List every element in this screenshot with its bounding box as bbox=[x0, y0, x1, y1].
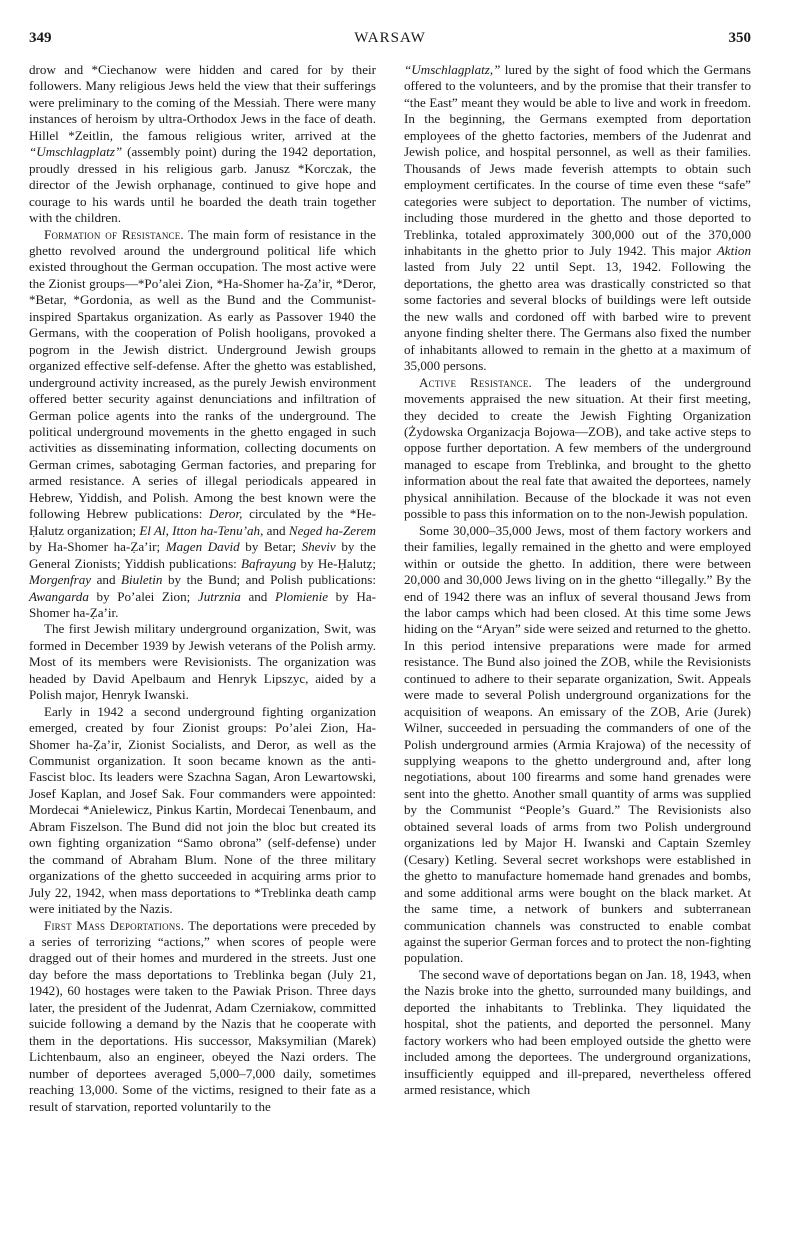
page-number-right: 350 bbox=[729, 30, 752, 47]
running-title: WARSAW bbox=[29, 30, 751, 47]
paragraph-first-mass-deportations: First Mass Deportations. The deportation… bbox=[29, 918, 376, 1115]
paragraph: The second wave of deportations began on… bbox=[404, 967, 751, 1099]
section-heading: Active Resistance. bbox=[419, 375, 532, 390]
section-heading: First Mass Deportations. bbox=[44, 918, 184, 933]
left-column: drow and *Ciechanow were hidden and care… bbox=[29, 62, 376, 1115]
paragraph: “Umschlagplatz,” lured by the sight of f… bbox=[404, 62, 751, 375]
running-header: 349 WARSAW 350 bbox=[29, 30, 751, 52]
paragraph-active-resistance: Active Resistance. The leaders of the un… bbox=[404, 375, 751, 523]
section-heading: Formation of Resistance. bbox=[44, 227, 184, 242]
right-column: “Umschlagplatz,” lured by the sight of f… bbox=[404, 62, 751, 1099]
paragraph: drow and *Ciechanow were hidden and care… bbox=[29, 62, 376, 227]
paragraph: Early in 1942 a second underground fight… bbox=[29, 704, 376, 918]
paragraph-formation-of-resistance: Formation of Resistance. The main form o… bbox=[29, 227, 376, 622]
paragraph: Some 30,000–35,000 Jews, most of them fa… bbox=[404, 523, 751, 967]
paragraph: The first Jewish military underground or… bbox=[29, 621, 376, 703]
